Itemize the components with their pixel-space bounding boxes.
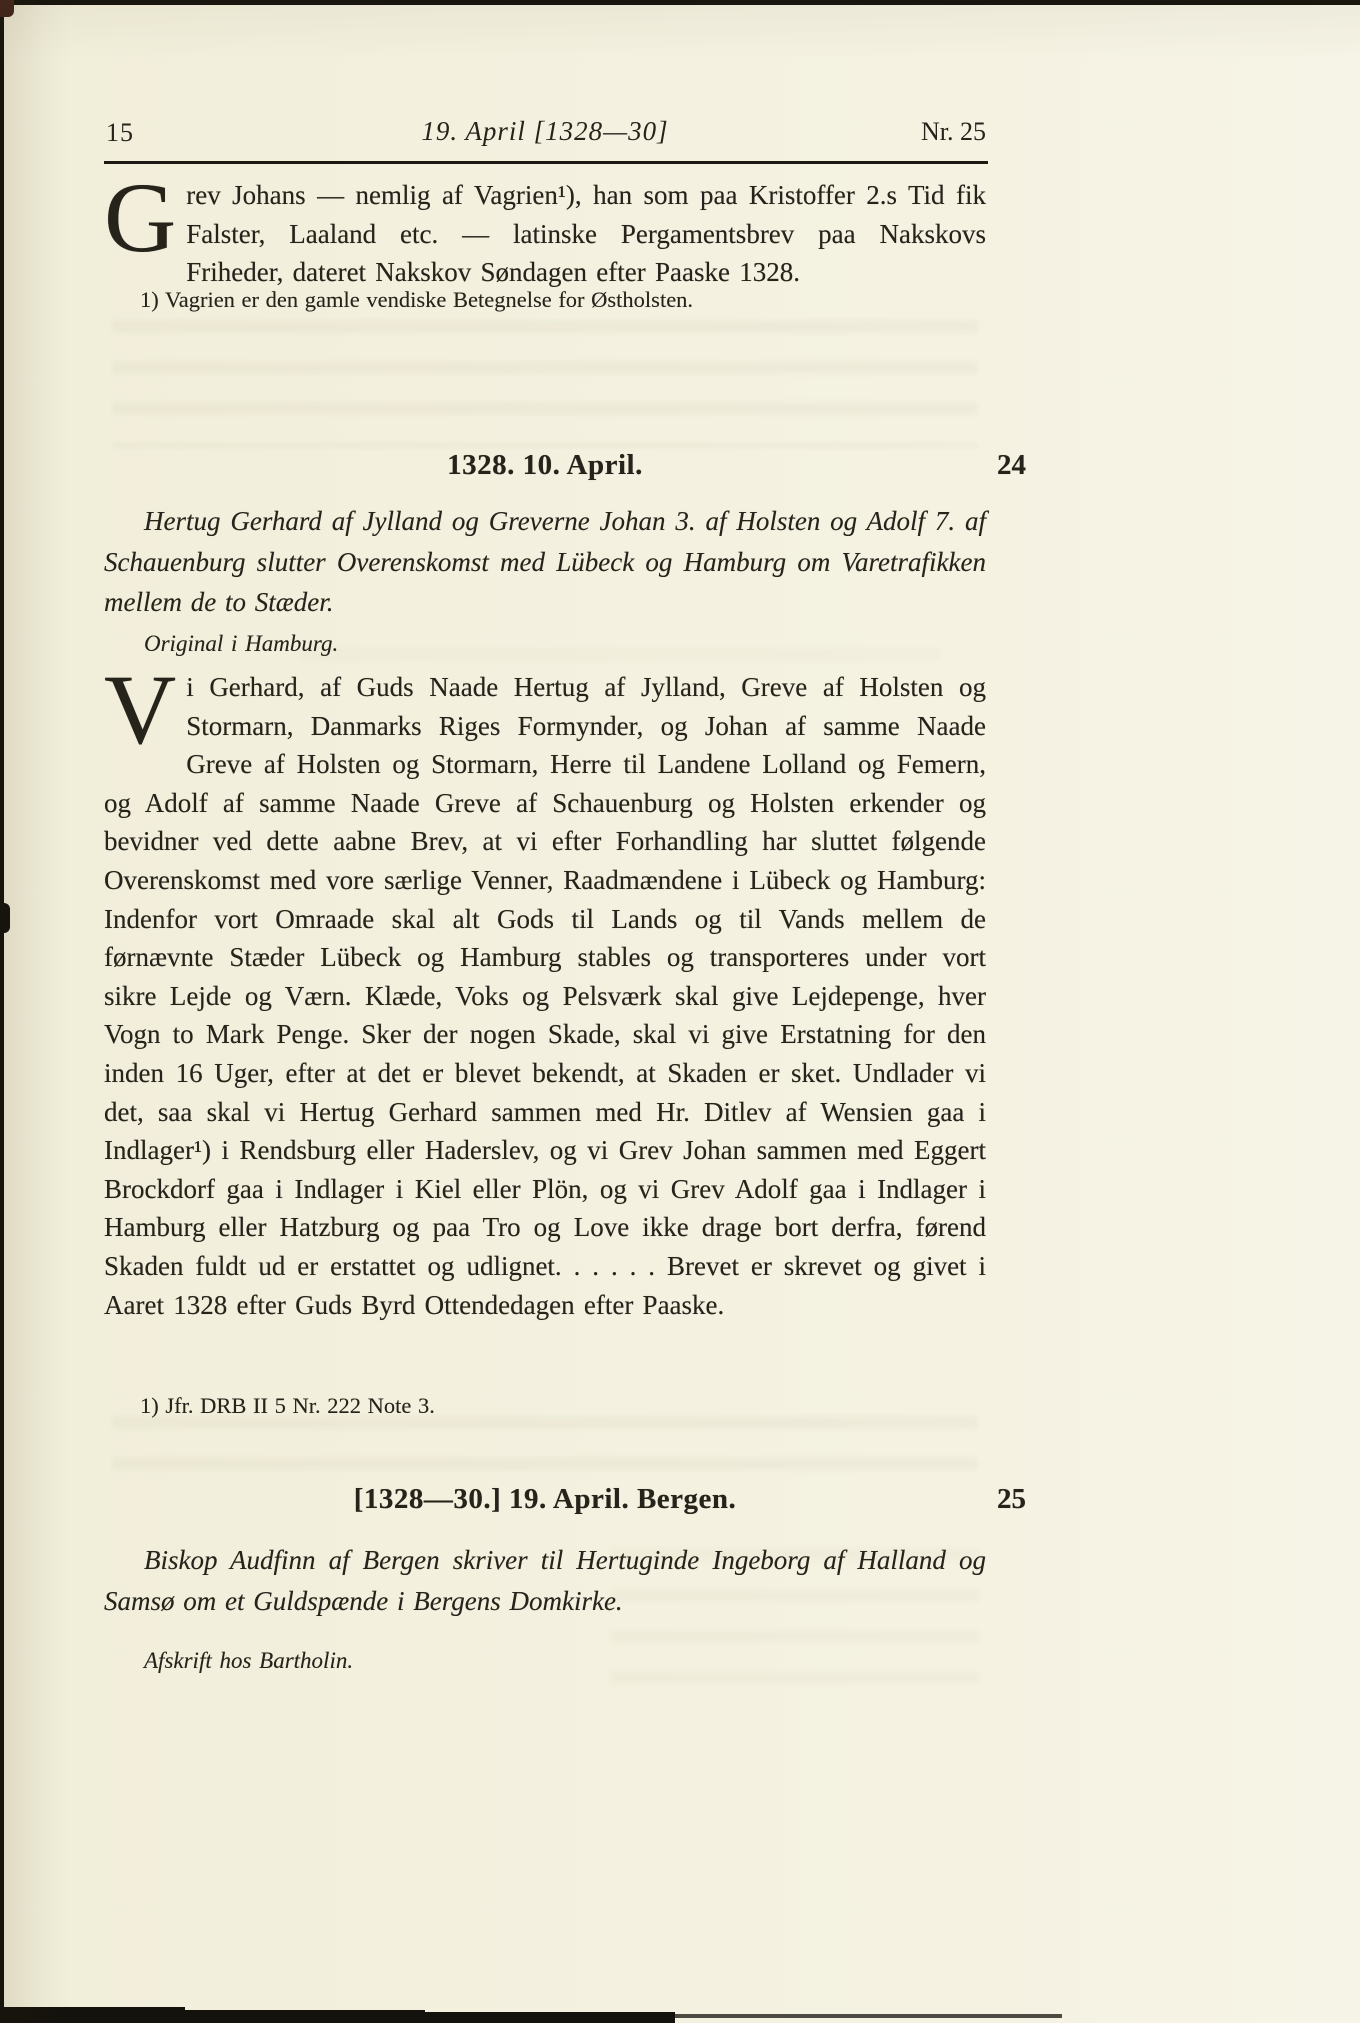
entry-prev-text: rev Johans — nemlig af Vagrien¹), han so… <box>186 180 986 287</box>
entry-25-number: 25 <box>997 1483 1026 1516</box>
entry-24-date-heading: 1328. 10. April. <box>104 449 986 482</box>
entry-24-body-text: i Gerhard, af Guds Naade Hertug af Jylla… <box>104 672 986 1320</box>
scan-edge-bottom-1 <box>0 2007 185 2023</box>
dropcap-initial: G <box>104 176 186 258</box>
scanned-book-page: 15 19. April [1328—30] Nr. 25 Grev Johan… <box>0 0 1360 2023</box>
entry-24-number: 24 <box>997 449 1026 482</box>
scan-edge-left <box>0 0 4 2023</box>
page-header: 15 19. April [1328—30] Nr. 25 <box>104 116 986 152</box>
footnote: 1) Jfr. DRB II 5 Nr. 222 Note 3. <box>104 1391 986 1421</box>
entry-24-regest: Hertug Gerhard af Jylland og Greverne Jo… <box>104 501 986 623</box>
entry-25-date-heading: [1328—30.] 19. April. Bergen. <box>104 1483 986 1516</box>
scan-edge-bottom-2 <box>180 2010 425 2023</box>
entry-24-body: Vi Gerhard, af Guds Naade Hertug af Jyll… <box>104 668 986 1324</box>
scan-corner-blob <box>0 0 14 17</box>
entry-25-regest: Biskop Audfinn af Bergen skriver til Her… <box>104 1540 986 1621</box>
entry-24-heading-row: 1328. 10. April. 24 <box>104 449 1026 489</box>
scan-edge-bottom-4 <box>672 2014 1062 2018</box>
page-bleed-through <box>112 320 978 448</box>
footnote: 1) Vagrien er den gamle vendiske Betegne… <box>104 285 986 315</box>
header-rule <box>104 161 988 164</box>
scan-edge-top <box>0 0 1360 5</box>
header-entry-ref: Nr. 25 <box>921 117 986 147</box>
running-title: 19. April [1328—30] <box>104 116 986 147</box>
scan-edge-mark <box>0 903 10 933</box>
entry-25-heading-row: [1328—30.] 19. April. Bergen. 25 <box>104 1483 1026 1523</box>
entry-25-source-note: Afskrift hos Bartholin. <box>104 1646 986 1676</box>
dropcap-initial: V <box>104 668 186 750</box>
scan-edge-bottom-3 <box>420 2012 675 2023</box>
entry-prev-paragraph: Grev Johans — nemlig af Vagrien¹), han s… <box>104 176 986 292</box>
entry-24-source-note: Original i Hamburg. <box>104 629 986 659</box>
page-bleed-through <box>112 1416 978 1476</box>
